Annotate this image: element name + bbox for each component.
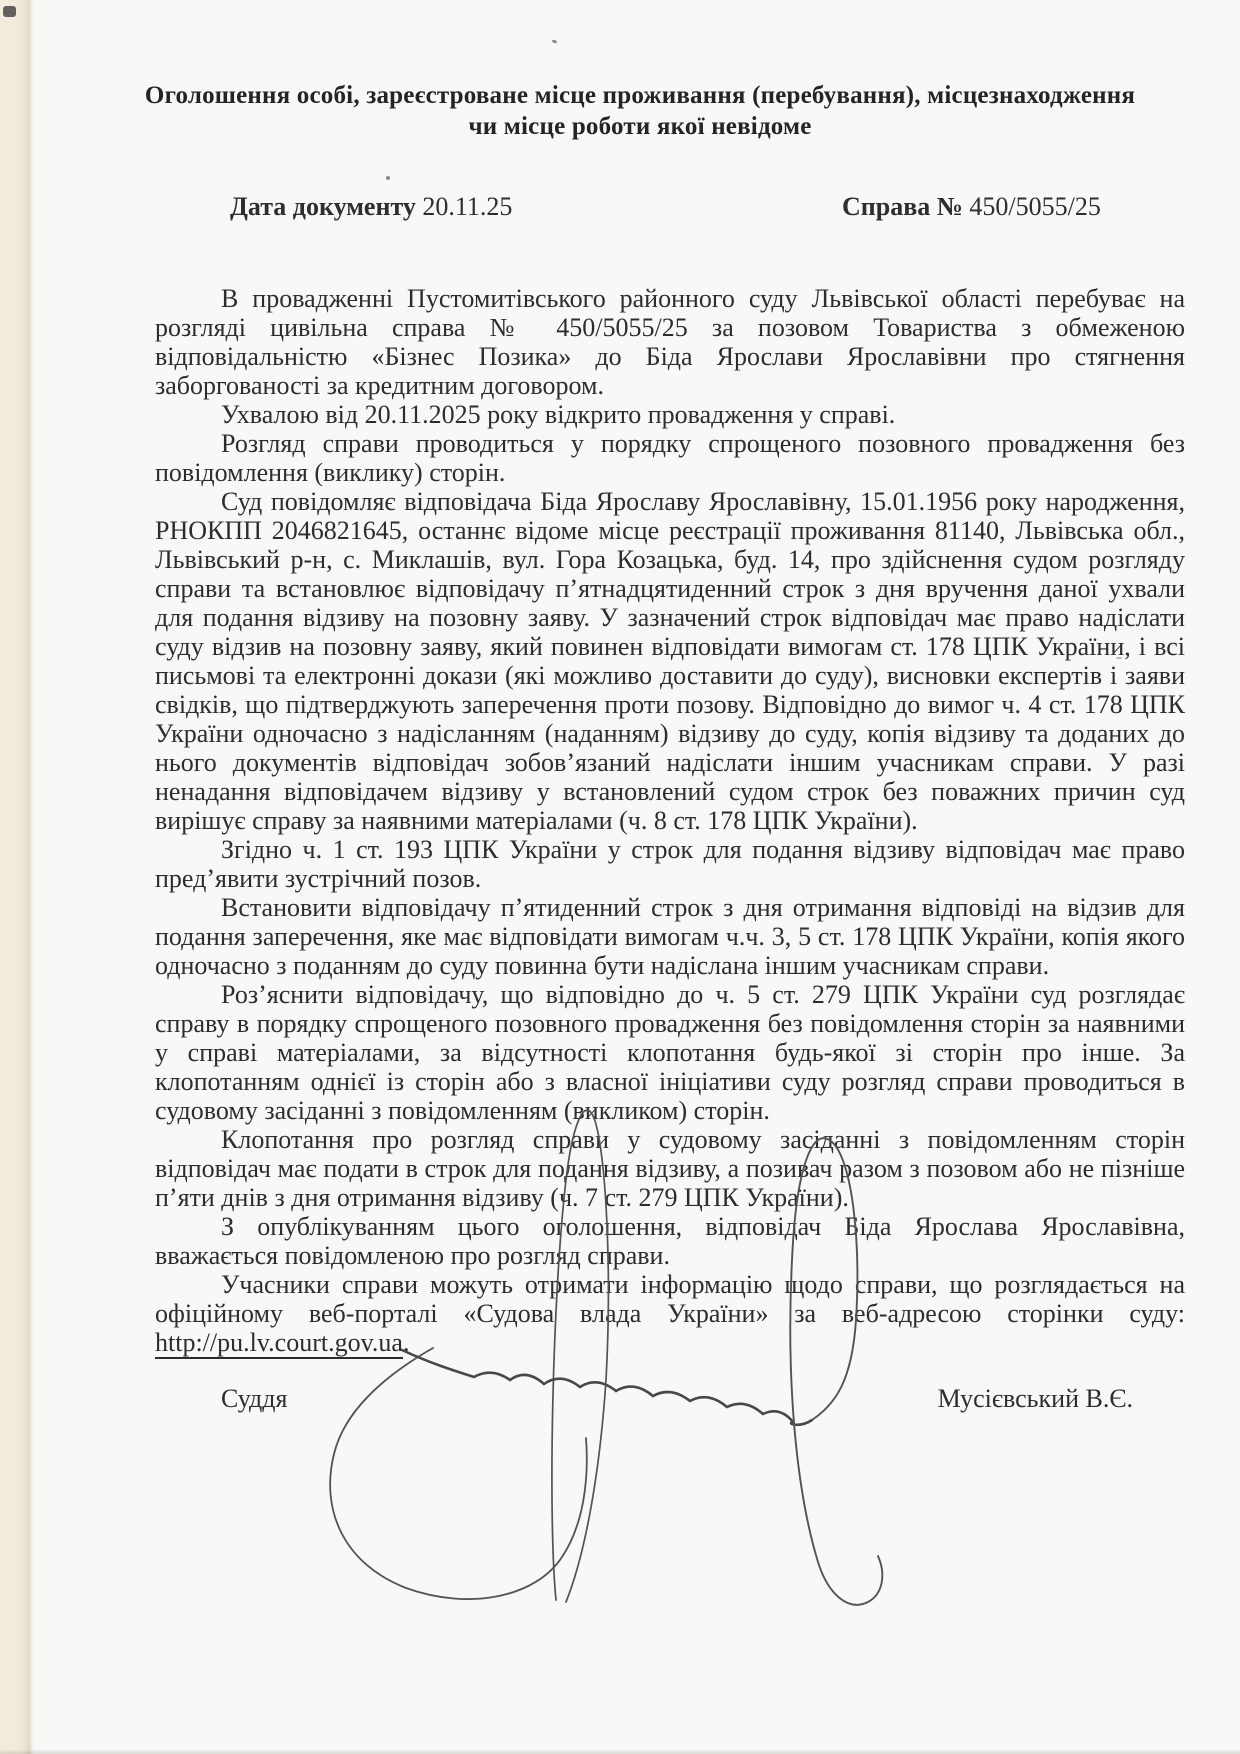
scan-artifact bbox=[3, 6, 16, 17]
paragraph: В провадженні Пустомитівського районного… bbox=[155, 284, 1185, 400]
scanned-court-announcement-page: { "document": { "title": { "line1": "Ого… bbox=[0, 0, 1240, 1754]
paragraph: Роз’яснити відповідачу, що відповідно до… bbox=[155, 980, 1185, 1125]
scan-speck bbox=[386, 176, 390, 180]
paragraph: Згідно ч. 1 ст. 193 ЦПК України у строк … bbox=[155, 835, 1185, 893]
case-number: Справа № 450/5055/25 bbox=[842, 192, 1101, 222]
paragraph: Суд повідомляє відповідача Біда Ярославу… bbox=[155, 487, 1185, 835]
document-title-line2: чи місце роботи якої невідоме bbox=[120, 111, 1160, 142]
document-date-label: Дата документу bbox=[230, 192, 416, 221]
document-date-value: 20.11.25 bbox=[422, 192, 512, 221]
portal-paragraph-suffix: . bbox=[403, 1328, 410, 1357]
document-title: Оголошення особі, зареєстроване місце пр… bbox=[120, 80, 1160, 142]
case-number-label: Справа № bbox=[842, 192, 963, 221]
judge-name: Мусієвський В.Є. bbox=[938, 1384, 1133, 1413]
court-website-url: http://pu.lv.court.gov.ua bbox=[155, 1328, 403, 1359]
signoff-row: Суддя Мусієвський В.Є. bbox=[155, 1384, 1185, 1413]
scan-bottom-shadow bbox=[0, 1749, 1240, 1754]
judge-role-label: Суддя bbox=[221, 1384, 287, 1413]
scan-speck bbox=[552, 39, 558, 44]
document-title-line1: Оголошення особі, зареєстроване місце пр… bbox=[120, 80, 1160, 111]
paragraph: Клопотання про розгляд справи у судовому… bbox=[155, 1125, 1185, 1212]
paragraph: Встановити відповідачу п’ятиденний строк… bbox=[155, 893, 1185, 980]
document-body: В провадженні Пустомитівського районного… bbox=[155, 284, 1185, 1413]
portal-paragraph-text: Учасники справи можуть отримати інформац… bbox=[155, 1270, 1185, 1328]
paragraph: З опублікуванням цього оголошення, відпо… bbox=[155, 1212, 1185, 1270]
document-date: Дата документу 20.11.25 bbox=[230, 192, 512, 222]
scan-edge-strip bbox=[0, 0, 30, 1754]
paragraph: Розгляд справи проводиться у порядку спр… bbox=[155, 429, 1185, 487]
case-number-value: 450/5055/25 bbox=[969, 192, 1100, 221]
paragraph: Ухвалою від 20.11.2025 року відкрито про… bbox=[155, 400, 1185, 429]
meta-row: Дата документу 20.11.25 Справа № 450/505… bbox=[0, 192, 1240, 226]
scan-edge-line bbox=[30, 0, 34, 1754]
paragraph-court-portal: Учасники справи можуть отримати інформац… bbox=[155, 1270, 1185, 1357]
